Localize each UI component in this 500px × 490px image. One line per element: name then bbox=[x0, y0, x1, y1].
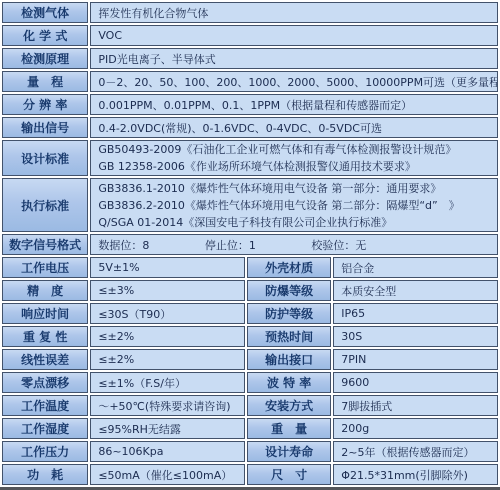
spec-value: 5V±1% bbox=[90, 257, 245, 278]
spec-label: 输出信号 bbox=[2, 117, 88, 138]
spec-value: 本质安全型 bbox=[333, 280, 498, 301]
row-resolution: 分 辨 率 0.001PPM、0.01PPM、0.1、1PPM（根据量程和传感器… bbox=[2, 94, 498, 115]
spec-label: 防护等级 bbox=[247, 303, 331, 324]
spec-value: Φ21.5*31mm(引脚除外) bbox=[333, 464, 498, 485]
spec-value: 0－2、20、50、100、200、1000、2000、5000、10000PP… bbox=[90, 71, 498, 92]
spec-label: 检测原理 bbox=[2, 48, 88, 69]
spec-value: 86~106Kpa bbox=[90, 441, 245, 462]
spec-label: 尺 寸 bbox=[247, 464, 331, 485]
standard-line: GB50493-2009《石油化工企业可燃气体和有毒气体检测报警设计规范》 bbox=[98, 141, 497, 158]
spec-value: 7PIN bbox=[333, 349, 498, 370]
spec-label: 波 特 率 bbox=[247, 372, 331, 393]
spec-label: 工作湿度 bbox=[2, 418, 88, 439]
spec-value: 挥发性有机化合物气体 bbox=[90, 2, 498, 23]
data-bits: 数据位：8 bbox=[98, 237, 201, 253]
spec-label: 响应时间 bbox=[2, 303, 88, 324]
spec-value: ≤±3% bbox=[90, 280, 245, 301]
spec-value: 2~5年（根据传感器而定） bbox=[333, 441, 498, 462]
row-output-signal: 输出信号 0.4-2.0VDC(常规)、0-1.6VDC、0-4VDC、0-5V… bbox=[2, 117, 498, 138]
spec-label: 防爆等级 bbox=[247, 280, 331, 301]
spec-label: 设计标准 bbox=[2, 140, 88, 176]
spec-label: 功 耗 bbox=[2, 464, 88, 485]
standard-line: Q/SGA 01-2014《深国安电子科技有限公司企业执行标准》 bbox=[98, 214, 497, 231]
spec-value: VOC bbox=[90, 25, 498, 46]
standard-line: GB3836.2-2010《爆炸性气体环境用电气设备 第二部分：隔爆型“d” 》 bbox=[98, 197, 497, 214]
spec-value: 铝合金 bbox=[333, 257, 498, 278]
spec-value: ≤30S（T90） bbox=[90, 303, 245, 324]
row-power-dimensions: 功 耗 ≤50mA（催化≤100mA） 尺 寸 Φ21.5*31mm(引脚除外) bbox=[2, 464, 498, 485]
spec-value: ≤95%RH无结露 bbox=[90, 418, 245, 439]
spec-label: 零点漂移 bbox=[2, 372, 88, 393]
row-response-protection: 响应时间 ≤30S（T90） 防护等级 IP65 bbox=[2, 303, 498, 324]
row-measuring-range: 量 程 0－2、20、50、100、200、1000、2000、5000、100… bbox=[2, 71, 498, 92]
spec-table: 检测气体 挥发性有机化合物气体 化 学 式 VOC 检测原理 PID光电离子、半… bbox=[0, 0, 500, 487]
spec-value: GB50493-2009《石油化工企业可燃气体和有毒气体检测报警设计规范》 GB… bbox=[90, 140, 498, 176]
row-design-standard: 设计标准 GB50493-2009《石油化工企业可燃气体和有毒气体检测报警设计规… bbox=[2, 140, 498, 176]
spec-label: 工作电压 bbox=[2, 257, 88, 278]
spec-value: 9600 bbox=[333, 372, 498, 393]
spec-label: 工作温度 bbox=[2, 395, 88, 416]
row-digital-signal-format: 数字信号格式 数据位：8 停止位：1 校验位：无 bbox=[2, 234, 498, 255]
spec-label: 预热时间 bbox=[247, 326, 331, 347]
row-chemical-formula: 化 学 式 VOC bbox=[2, 25, 498, 46]
spec-sheet: 检测气体 挥发性有机化合物气体 化 学 式 VOC 检测原理 PID光电离子、半… bbox=[0, 0, 500, 478]
spec-value: ≤±2% bbox=[90, 326, 245, 347]
row-linearity-interface: 线性误差 ≤±2% 输出接口 7PIN bbox=[2, 349, 498, 370]
spec-value: GB3836.1-2010《爆炸性气体环境用电气设备 第一部分：通用要求》 GB… bbox=[90, 178, 498, 232]
spec-label: 线性误差 bbox=[2, 349, 88, 370]
spec-label: 化 学 式 bbox=[2, 25, 88, 46]
row-execution-standard: 执行标准 GB3836.1-2010《爆炸性气体环境用电气设备 第一部分：通用要… bbox=[2, 178, 498, 232]
spec-value: 7脚拔插式 bbox=[333, 395, 498, 416]
spec-label: 执行标准 bbox=[2, 178, 88, 232]
row-temperature-mounting: 工作温度 ～+50℃(特殊要求请咨询) 安装方式 7脚拔插式 bbox=[2, 395, 498, 416]
spec-label: 重 量 bbox=[247, 418, 331, 439]
spec-label: 量 程 bbox=[2, 71, 88, 92]
row-humidity-weight: 工作湿度 ≤95%RH无结露 重 量 200g bbox=[2, 418, 498, 439]
spec-value: ～+50℃(特殊要求请咨询) bbox=[90, 395, 245, 416]
spec-label: 重 复 性 bbox=[2, 326, 88, 347]
spec-label: 输出接口 bbox=[247, 349, 331, 370]
spec-value: 数据位：8 停止位：1 校验位：无 bbox=[90, 234, 498, 255]
row-zerodrift-baudrate: 零点漂移 ≤±1%（F.S/年） 波 特 率 9600 bbox=[2, 372, 498, 393]
spec-label: 分 辨 率 bbox=[2, 94, 88, 115]
spec-value: 0.4-2.0VDC(常规)、0-1.6VDC、0-4VDC、0-5VDC可选 bbox=[90, 117, 498, 138]
spec-value: ≤50mA（催化≤100mA） bbox=[90, 464, 245, 485]
stop-bits: 停止位：1 bbox=[205, 237, 308, 253]
spec-label: 工作压力 bbox=[2, 441, 88, 462]
row-repeatability-warmup: 重 复 性 ≤±2% 预热时间 30S bbox=[2, 326, 498, 347]
spec-label: 设计寿命 bbox=[247, 441, 331, 462]
spec-label: 检测气体 bbox=[2, 2, 88, 23]
spec-label: 安装方式 bbox=[247, 395, 331, 416]
row-voltage-case: 工作电压 5V±1% 外壳材质 铝合金 bbox=[2, 257, 498, 278]
spec-value: ≤±2% bbox=[90, 349, 245, 370]
spec-value: 200g bbox=[333, 418, 498, 439]
spec-label: 精 度 bbox=[2, 280, 88, 301]
standard-line: GB3836.1-2010《爆炸性气体环境用电气设备 第一部分：通用要求》 bbox=[98, 180, 497, 197]
row-detected-gas: 检测气体 挥发性有机化合物气体 bbox=[2, 2, 498, 23]
row-accuracy-explosionproof: 精 度 ≤±3% 防爆等级 本质安全型 bbox=[2, 280, 498, 301]
parity-bits: 校验位：无 bbox=[311, 237, 414, 253]
spec-label: 外壳材质 bbox=[247, 257, 331, 278]
standard-line: GB 12358-2006《作业场所环境气体检测报警仪通用技术要求》 bbox=[98, 158, 497, 175]
spec-value: ≤±1%（F.S/年） bbox=[90, 372, 245, 393]
row-pressure-lifespan: 工作压力 86~106Kpa 设计寿命 2~5年（根据传感器而定） bbox=[2, 441, 498, 462]
spec-value: 30S bbox=[333, 326, 498, 347]
spec-value: IP65 bbox=[333, 303, 498, 324]
spec-label: 数字信号格式 bbox=[2, 234, 88, 255]
spec-value: PID光电离子、半导体式 bbox=[90, 48, 498, 69]
spec-value: 0.001PPM、0.01PPM、0.1、1PPM（根据量程和传感器而定） bbox=[90, 94, 498, 115]
row-detection-principle: 检测原理 PID光电离子、半导体式 bbox=[2, 48, 498, 69]
